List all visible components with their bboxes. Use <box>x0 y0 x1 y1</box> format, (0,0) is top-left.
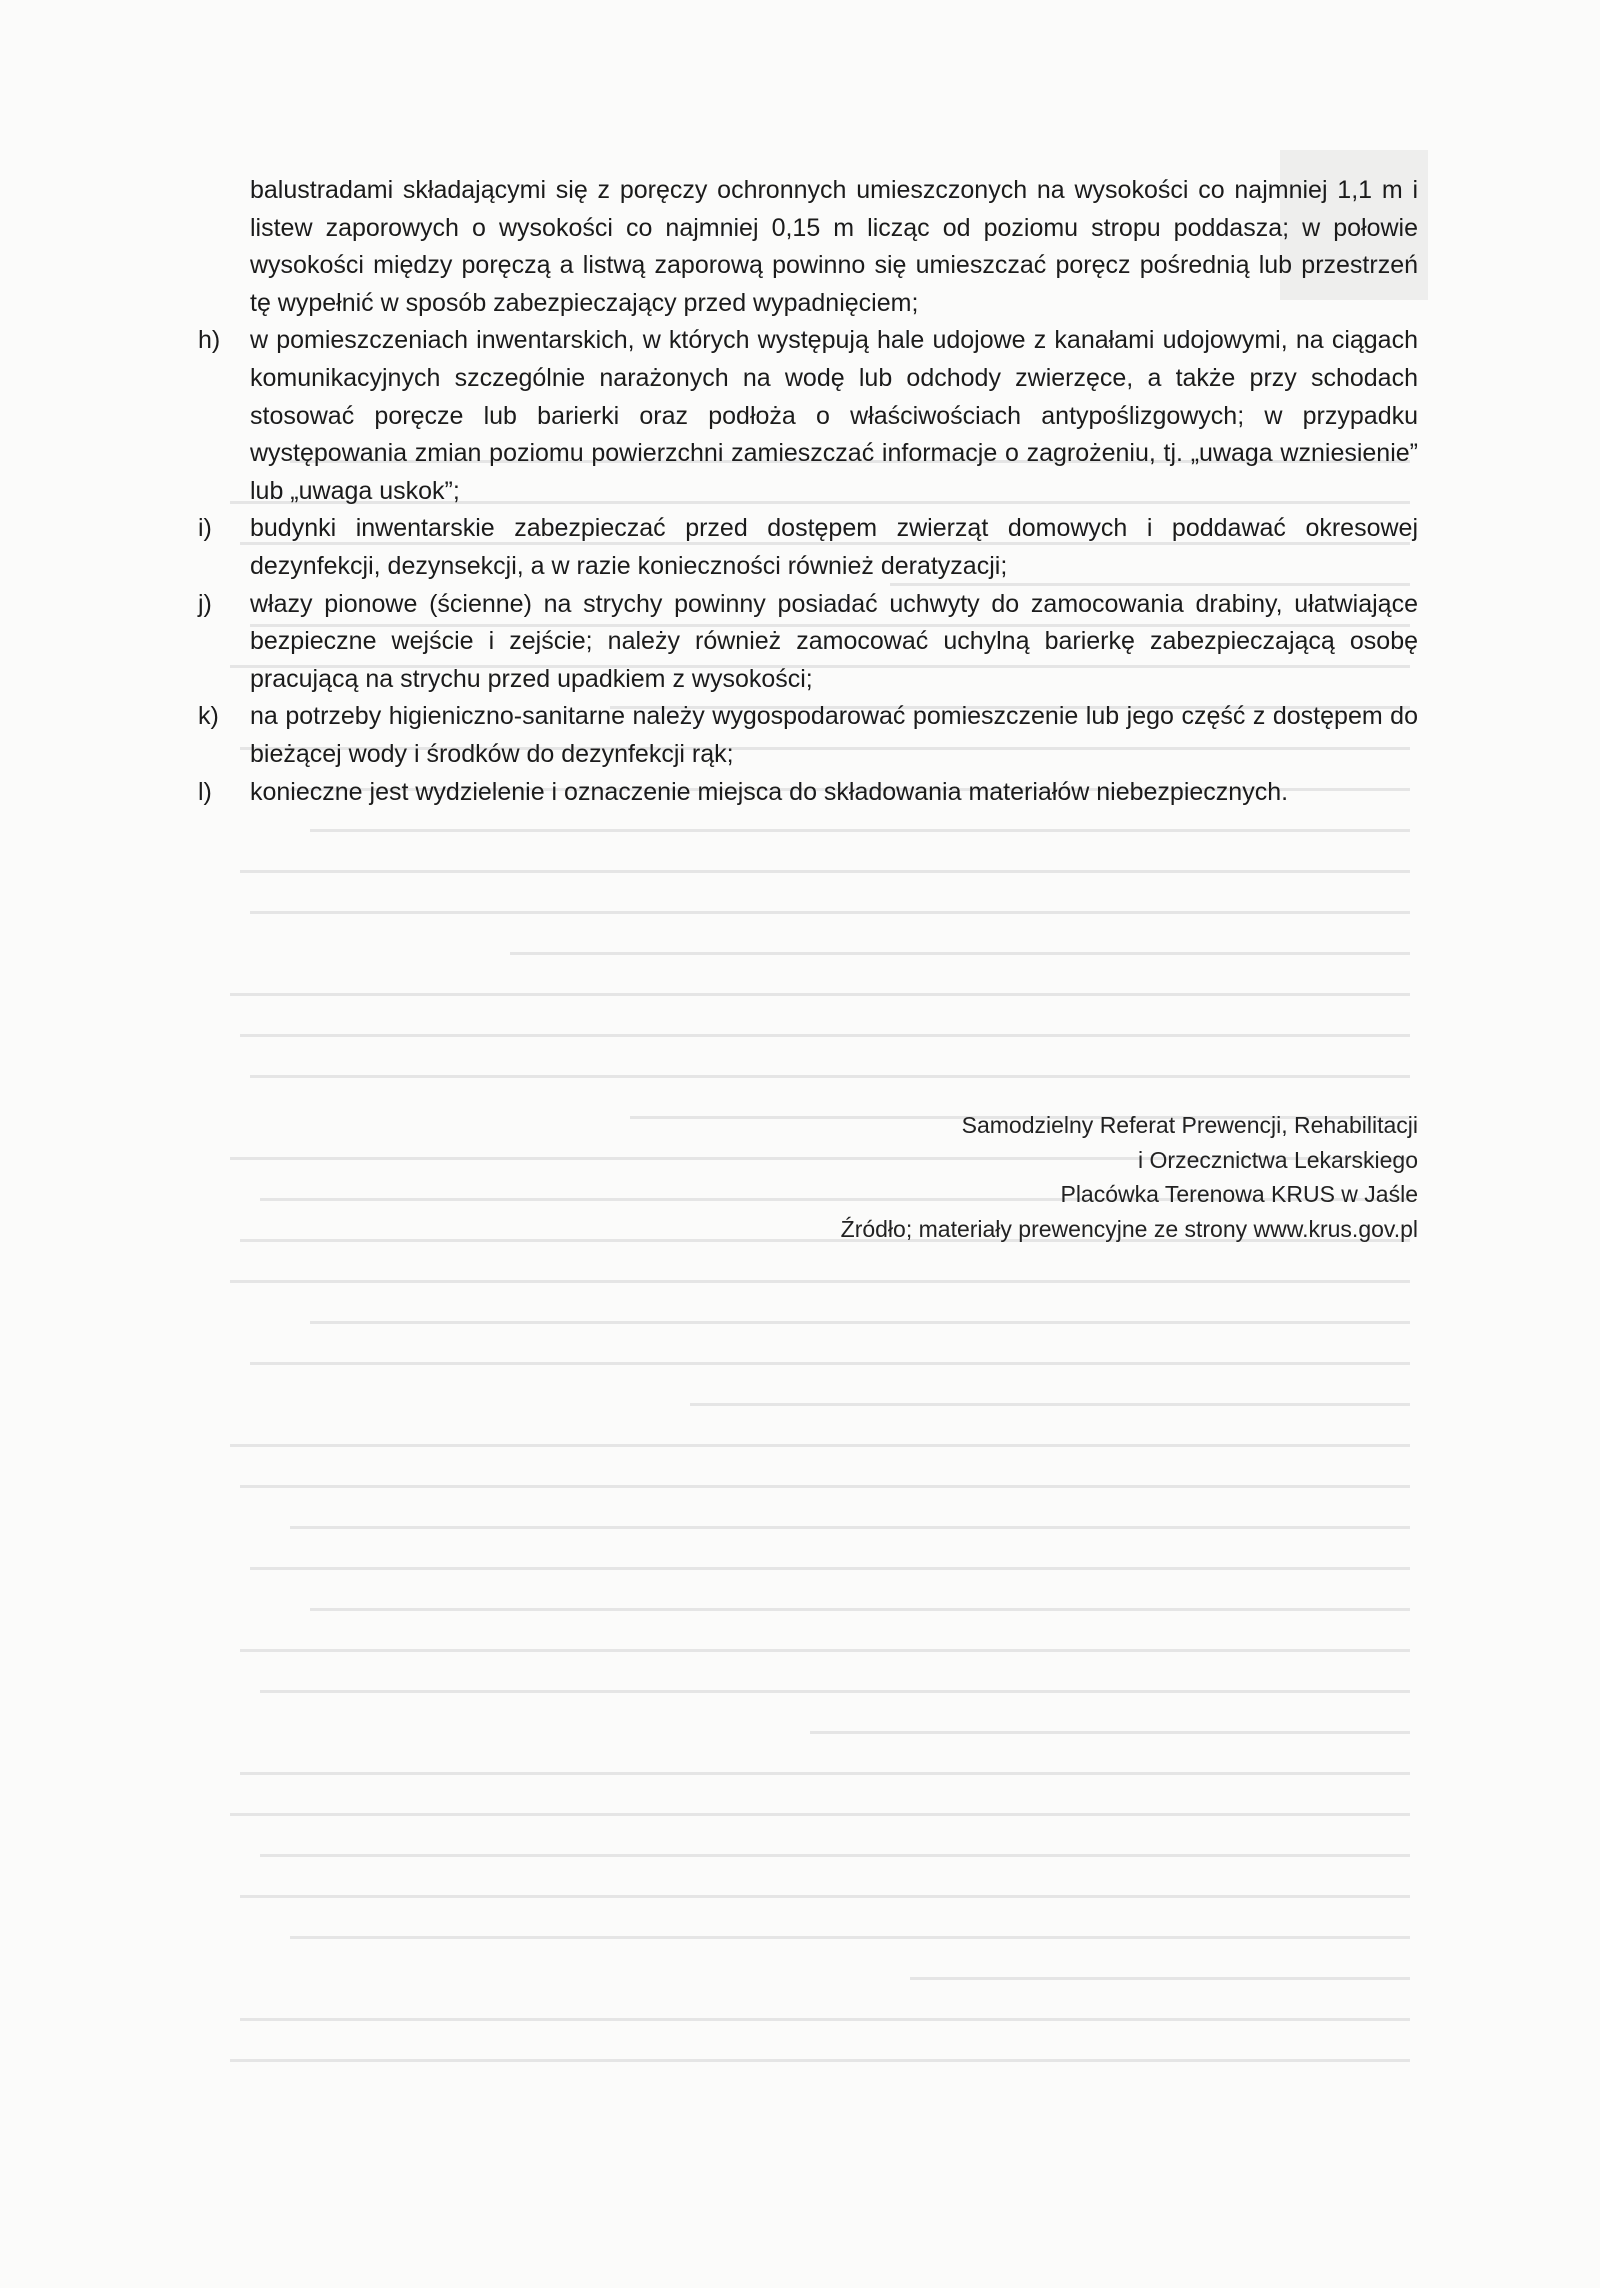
list-item-label: j) <box>198 586 212 624</box>
signature-office: Placówka Terenowa KRUS w Jaśle <box>841 1177 1418 1212</box>
list-item-i: i) budynki inwentarskie zabezpieczać prz… <box>250 510 1418 585</box>
continuation-paragraph: balustradami składającymi się z poręczy … <box>250 172 1418 322</box>
list-item-text: konieczne jest wydzielenie i oznaczenie … <box>250 778 1288 806</box>
list-item-text: na potrzeby higieniczno-sanitarne należy… <box>250 702 1418 768</box>
document-body: balustradami składającymi się z poręczy … <box>250 172 1418 811</box>
signature-department-cont: i Orzecznictwa Lekarskiego <box>841 1143 1418 1178</box>
list-item-label: l) <box>198 774 212 812</box>
list-item-label: i) <box>198 510 212 548</box>
list-item-j: j) włazy pionowe (ścienne) na strychy po… <box>250 586 1418 699</box>
signature-department: Samodzielny Referat Prewencji, Rehabilit… <box>841 1108 1418 1143</box>
list-item-k: k) na potrzeby higieniczno-sanitarne nal… <box>250 698 1418 773</box>
list-item-label: k) <box>198 698 219 736</box>
signature-source: Źródło; materiały prewencyjne ze strony … <box>841 1212 1418 1247</box>
list-item-text: budynki inwentarskie zabezpieczać przed … <box>250 514 1418 580</box>
list-item-l: l) konieczne jest wydzielenie i oznaczen… <box>250 774 1418 812</box>
list-item-text: włazy pionowe (ścienne) na strychy powin… <box>250 590 1418 693</box>
list-item-label: h) <box>198 322 220 360</box>
signature-block: Samodzielny Referat Prewencji, Rehabilit… <box>841 1108 1418 1246</box>
list-item-text: w pomieszczeniach inwentarskich, w który… <box>250 326 1418 504</box>
list-item-h: h) w pomieszczeniach inwentarskich, w kt… <box>250 322 1418 510</box>
